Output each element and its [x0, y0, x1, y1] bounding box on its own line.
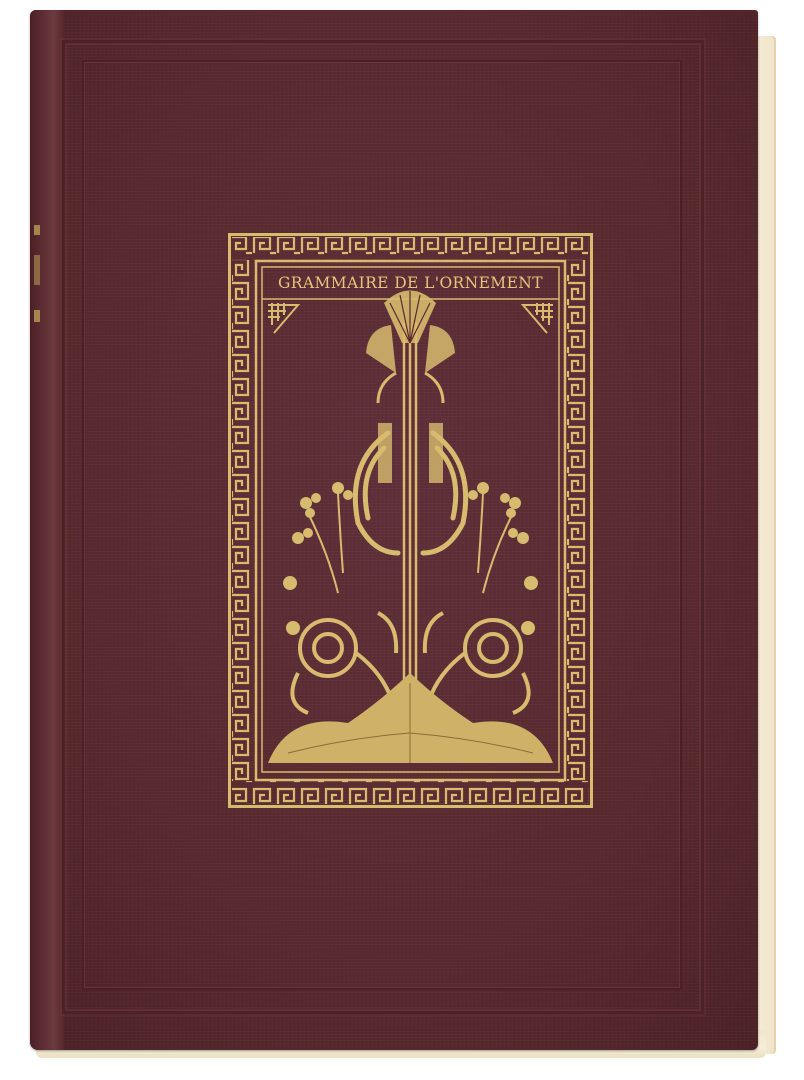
gilt-ornament-illustration: [228, 233, 593, 808]
gilt-panel: GRAMMAIRE DE L'ORNEMENT: [228, 233, 593, 808]
spine-edge: [30, 10, 64, 1050]
spine-gilt-band: [34, 310, 40, 322]
spine-gilt-band: [34, 255, 40, 285]
book-title: GRAMMAIRE DE L'ORNEMENT: [266, 270, 555, 296]
spine-gilt-band: [34, 225, 40, 235]
